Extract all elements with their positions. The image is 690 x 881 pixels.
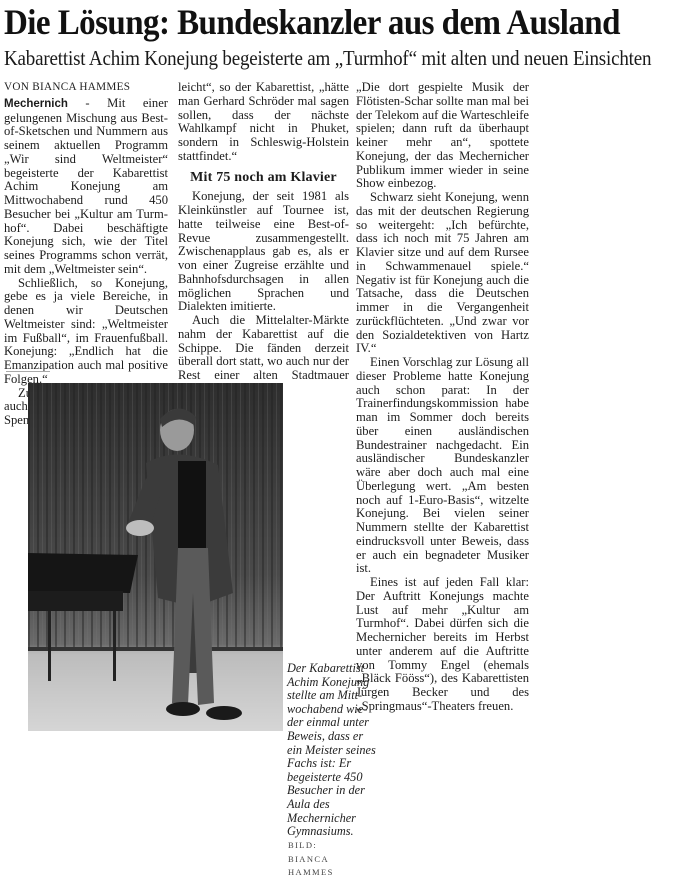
photo-credit: BILD: BIANCA HAMMES [288, 839, 334, 880]
paragraph: leicht“, so der Kabarettist, „hätte man … [178, 81, 349, 164]
article-photo [28, 383, 283, 731]
column-3: „Die dort gespielte Musik der Flötis­ten… [356, 81, 529, 714]
credit-line: BILD: [288, 839, 334, 853]
paragraph: Schließlich, so Konejung, gebe es ja vie… [4, 277, 168, 387]
headline: Die Lösung: Bundeskanzler aus dem Auslan… [4, 2, 640, 42]
byline: VON BIANCA HAMMES [4, 81, 168, 95]
column-1: VON BIANCA HAMMES Mechernich - Mit einer… [4, 81, 168, 428]
paragraph: Eines ist auf jeden Fall klar: Der Auftr… [356, 576, 529, 714]
photo-performer-on-stage [28, 383, 283, 731]
section-heading: Mit 75 noch am Klavier [178, 171, 349, 185]
column-rule [6, 371, 50, 372]
paragraph-text: - Mit einer gelungenen Mischung aus Best… [4, 96, 168, 276]
column-2: leicht“, so der Kabarettist, „hätte man … [178, 81, 349, 397]
credit-line: BIANCA [288, 853, 334, 867]
paragraph: Schwarz sieht Konejung, wenn das mit der… [356, 191, 529, 356]
paragraph: Einen Vorschlag zur Lösung all dieser Pr… [356, 356, 529, 576]
photo-caption: Der Kabarettist Achim Konejung stellte a… [287, 662, 377, 839]
paragraph: Konejung, der seit 1981 als Klein­künstl… [178, 190, 349, 314]
paragraph: „Die dort gespielte Musik der Flötis­ten… [356, 81, 529, 191]
credit-line: HAMMES [288, 866, 334, 880]
subheadline: Kabarettist Achim Konejung begeisterte a… [4, 46, 651, 70]
paragraph: Mechernich - Mit einer gelungenen Mischu… [4, 97, 168, 277]
dateline: Mechernich [4, 98, 68, 110]
